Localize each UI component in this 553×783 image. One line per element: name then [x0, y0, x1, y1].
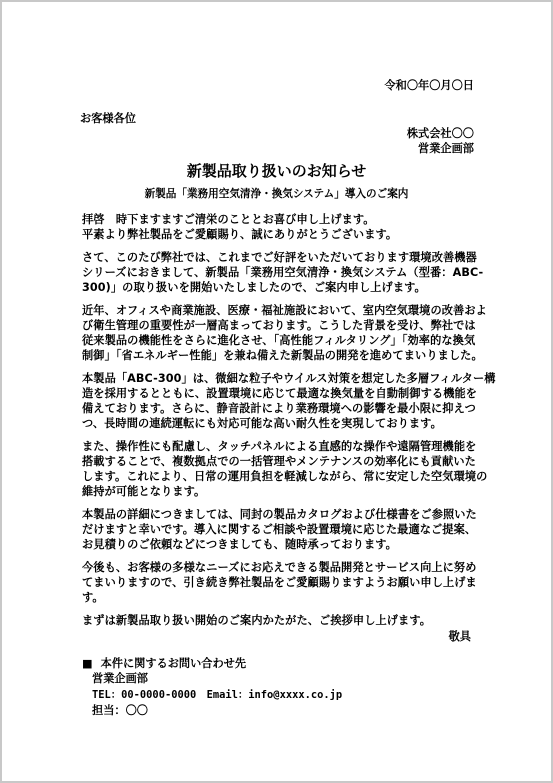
text-line: つ、長時間の連続運転にも対応可能な高い耐久性を実現しております。 [82, 416, 482, 431]
letter-body: 拝啓 時下ますますご清栄のこととお喜び申し上げます。 平素より弊社製品をご愛顧賜… [82, 212, 482, 636]
text-line: 造を採用するとともに、設置環境に応じて最適な換気量を自動制御する機能を [82, 386, 482, 401]
recipient: お客様各位 [80, 111, 136, 126]
paragraph-closing-remark: まずは新製品取り扱い開始のご案内かたがた、ご挨拶申し上げます。 [82, 613, 482, 628]
text-line: だけますと幸いです。導入に関するご相談や設置環境に応じた最適なご提案、 [82, 522, 482, 537]
text-line: 維持が可能となります。 [82, 484, 482, 499]
contact-person: 担当：〇〇 [92, 703, 342, 719]
text-line: てまいりますので、引き続き弊社製品をご愛顧賜りますようお願い申し上げま [82, 575, 482, 590]
contact-department: 営業企画部 [92, 671, 342, 687]
text-line: す。 [82, 590, 482, 605]
text-line: 今後も、お客様の多様なニーズにお応えできる製品開発とサービス向上に努め [82, 560, 482, 575]
text-line: 本製品の詳細につきましては、同封の製品カタログおよび仕様書をご参照いた [82, 507, 482, 522]
paragraph-details: 本製品の詳細につきましては、同封の製品カタログおよび仕様書をご参照いた だけます… [82, 507, 482, 552]
contact-tel-email: TEL：00-0000-0000 Email：info@xxxx.co.jp [92, 687, 342, 703]
text-line: 300)」の取り扱いを開始いたしましたので、ご案内申し上げます。 [82, 280, 482, 295]
square-bullet-icon: ■ [82, 657, 93, 670]
text-line: 平素より弊社製品をご愛顧賜り、誠にありがとうございます。 [82, 227, 482, 242]
document-subtitle: 新製品「業務用空気清浄・換気システム」導入のご案内 [2, 187, 551, 202]
text-line: 拝啓 時下ますますご清栄のこととお喜び申し上げます。 [82, 212, 482, 227]
text-line: します。これにより、日常の運用負担を軽減しながら、常に安定した空気環境の [82, 469, 482, 484]
text-line: さて、このたび弊社では、これまでご好評をいただいております環境改善機器 [82, 250, 482, 265]
paragraph-background: 近年、オフィスや商業施設、医療・福祉施設において、室内空気環境の改善およ び衛生… [82, 303, 482, 363]
sender-company: 株式会社〇〇 [407, 126, 474, 141]
text-line: シリーズにおきまして、新製品「業務用空気清浄・換気システム（型番：ABC- [82, 265, 482, 280]
document-title: 新製品取り扱いのお知らせ [2, 160, 551, 182]
document-page: 令和〇年〇月〇日 お客様各位 株式会社〇〇 営業企画部 新製品取り扱いのお知らせ… [0, 0, 553, 783]
paragraph-features: 本製品「ABC-300」は、微細な粒子やウイルス対策を想定した多層フィルター構 … [82, 371, 482, 431]
text-line: び衛生管理の重要性が一層高まっております。こうした背景を受け、弊社では [82, 318, 482, 333]
text-line: お見積りのご依頼などにつきましても、随時承っております。 [82, 537, 482, 552]
text-line: また、操作性にも配慮し、タッチパネルによる直感的な操作や遠隔管理機能を [82, 439, 482, 454]
paragraph-operability: また、操作性にも配慮し、タッチパネルによる直感的な操作や遠隔管理機能を 搭載する… [82, 439, 482, 499]
sender-department: 営業企画部 [418, 141, 474, 156]
text-line: まずは新製品取り扱い開始のご案内かたがた、ご挨拶申し上げます。 [82, 613, 482, 628]
text-line: 備えております。さらに、静音設計により業務環境への影響を最小限に抑えつ [82, 401, 482, 416]
text-line: 従来製品の機能性をさらに進化させ、「高性能フィルタリング」「効率的な換気 [82, 333, 482, 348]
paragraph-future: 今後も、お客様の多様なニーズにお応えできる製品開発とサービス向上に努め てまいり… [82, 560, 482, 605]
text-line: 搭載することで、複数拠点での一括管理やメンテナンスの効率化にも貢献いた [82, 454, 482, 469]
contact-heading-text: 本件に関するお問い合わせ先 [101, 657, 246, 670]
text-line: 本製品「ABC-300」は、微細な粒子やウイルス対策を想定した多層フィルター構 [82, 371, 482, 386]
contact-heading: ■本件に関するお問い合わせ先 [82, 656, 246, 671]
text-line: 近年、オフィスや商業施設、医療・福祉施設において、室内空気環境の改善およ [82, 303, 482, 318]
contact-details: 営業企画部 TEL：00-0000-0000 Email：info@xxxx.c… [92, 671, 342, 719]
closing-keigu: 敬具 [449, 629, 471, 644]
paragraph-greeting: 拝啓 時下ますますご清栄のこととお喜び申し上げます。 平素より弊社製品をご愛顧賜… [82, 212, 482, 242]
text-line: 制御」「省エネルギー性能」を兼ね備えた新製品の開発を進めてまいりました。 [82, 348, 482, 363]
paragraph-announcement: さて、このたび弊社では、これまでご好評をいただいております環境改善機器 シリーズ… [82, 250, 482, 295]
letter-date: 令和〇年〇月〇日 [384, 78, 474, 93]
